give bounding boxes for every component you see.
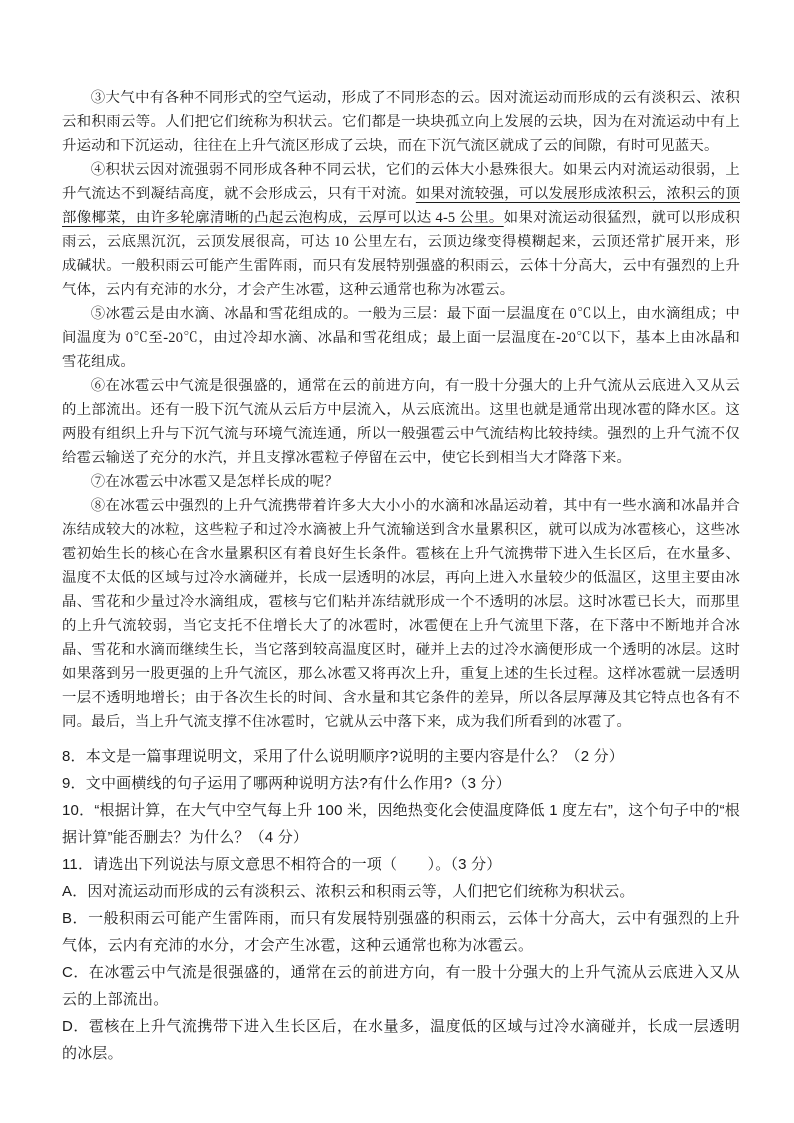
text-segment: 8．本文是一篇事理说明文，采用了什么说明顺序?说明的主要内容是什么？（2 分） <box>62 748 624 765</box>
text-segment: ⑧在冰雹云中强烈的上升气流携带着许多大大小小的水滴和冰晶运动着，其中有一些水滴和… <box>62 498 740 730</box>
text-segment: 11．请选出下列说法与原文意思不相符合的一项（ ）。（3 分） <box>62 856 501 873</box>
para-7: ⑦在冰雹云中冰雹又是怎样长成的呢？ <box>62 470 740 494</box>
text-segment: ③大气中有各种不同形式的空气运动，形成了不同形态的云。因对流运动而形成的云有淡积… <box>62 90 740 154</box>
question-10: 10．“根据计算，在大气中空气每上升 100 米，因绝热变化会使温度降低 1 度… <box>62 797 740 851</box>
question-11: 11．请选出下列说法与原文意思不相符合的一项（ ）。（3 分） <box>62 851 740 878</box>
question-9: 9．文中画横线的句子运用了哪两种说明方法?有什么作用?（3 分） <box>62 770 740 797</box>
document-body: ③大气中有各种不同形式的空气运动，形成了不同形态的云。因对流运动而形成的云有淡积… <box>62 86 740 1067</box>
text-segment: 10．“根据计算，在大气中空气每上升 100 米，因绝热变化会使温度降低 1 度… <box>62 802 740 846</box>
option-b: B．一般积雨云可能产生雷阵雨，而只有发展特别强盛的积雨云，云体十分高大，云中有强… <box>62 905 740 959</box>
text-segment: 9．文中画横线的句子运用了哪两种说明方法?有什么作用?（3 分） <box>62 775 511 792</box>
para-4: ④积状云因对流强弱不同形成各种不同云状，它们的云体大小悬殊很大。如果云内对流运动… <box>62 158 740 302</box>
text-segment: ⑤冰雹云是由水滴、冰晶和雪花组成的。一般为三层：最下面一层温度在 0℃以上，由水… <box>62 306 740 370</box>
para-3: ③大气中有各种不同形式的空气运动，形成了不同形态的云。因对流运动而形成的云有淡积… <box>62 86 740 158</box>
text-segment: B．一般积雨云可能产生雷阵雨，而只有发展特别强盛的积雨云，云体十分高大，云中有强… <box>62 910 740 954</box>
text-segment: C．在冰雹云中气流是很强盛的，通常在云的前进方向，有一股十分强大的上升气流从云底… <box>62 964 740 1008</box>
question-8: 8．本文是一篇事理说明文，采用了什么说明顺序?说明的主要内容是什么？（2 分） <box>62 743 740 770</box>
option-d: D．雹核在上升气流携带下进入生长区后，在水量多，温度低的区域与过冷水滴碰并，长成… <box>62 1013 740 1067</box>
option-c: C．在冰雹云中气流是很强盛的，通常在云的前进方向，有一股十分强大的上升气流从云底… <box>62 959 740 1013</box>
text-segment: ⑦在冰雹云中冰雹又是怎样长成的呢？ <box>91 474 339 490</box>
document-page: ③大气中有各种不同形式的空气运动，形成了不同形态的云。因对流运动而形成的云有淡积… <box>0 0 794 1123</box>
para-8: ⑧在冰雹云中强烈的上升气流携带着许多大大小小的水滴和冰晶运动着，其中有一些水滴和… <box>62 494 740 734</box>
para-6: ⑥在冰雹云中气流是很强盛的，通常在云的前进方向，有一股十分强大的上升气流从云底进… <box>62 374 740 470</box>
text-segment: D．雹核在上升气流携带下进入生长区后，在水量多，温度低的区域与过冷水滴碰并，长成… <box>62 1018 740 1062</box>
text-segment: A．因对流运动而形成的云有淡积云、浓积云和积雨云等，人们把它们统称为积状云。 <box>62 883 635 900</box>
option-a: A．因对流运动而形成的云有淡积云、浓积云和积雨云等，人们把它们统称为积状云。 <box>62 878 740 905</box>
para-5: ⑤冰雹云是由水滴、冰晶和雪花组成的。一般为三层：最下面一层温度在 0℃以上，由水… <box>62 302 740 374</box>
text-segment: ⑥在冰雹云中气流是很强盛的，通常在云的前进方向，有一股十分强大的上升气流从云底进… <box>62 378 740 466</box>
